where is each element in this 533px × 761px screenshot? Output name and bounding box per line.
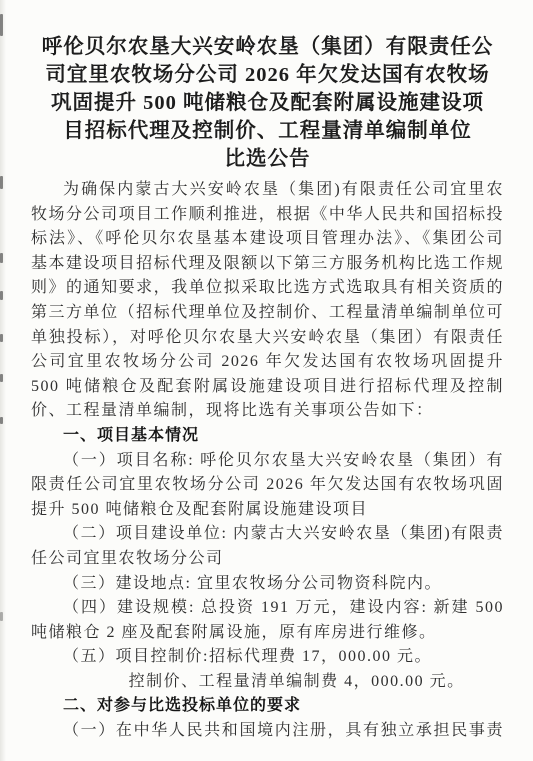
section-heading: 一、项目基本情况 [31,424,504,449]
document-page: 呼伦贝尔农垦大兴安岭农垦（集团）有限责任公司宜里农牧场分公司 2026 年欠发达… [0,0,533,761]
title-line: 司宜里农牧场分公司 2026 年欠发达国有农牧场 [31,61,504,89]
document-title: 呼伦贝尔农垦大兴安岭农垦（集团）有限责任公司宜里农牧场分公司 2026 年欠发达… [31,33,504,173]
paragraph: （一）在中华人民共和国境内注册，具有独立承担民事责 [31,719,504,744]
scan-artifact [0,176,3,189]
section-heading: 二、对参与比选投标单位的要求 [31,694,504,719]
scan-artifact [0,612,3,621]
paragraph: （五）项目控制价:招标代理费 17，000.00 元。 [31,645,504,670]
document-body: 为确保内蒙古大兴安岭农垦（集团)有限责任公司宜里农牧场分公司项目工作顺利推进，根… [31,178,504,744]
paragraph: 为确保内蒙古大兴安岭农垦（集团)有限责任公司宜里农牧场分公司项目工作顺利推进，根… [31,178,504,424]
title-line: 巩固提升 500 吨储粮仓及配套附属设施建设项 [31,89,504,117]
scan-artifact [0,253,3,263]
scan-artifact [0,334,3,342]
paragraph: （三）建设地点: 宜里农牧场分公司物资科院内。 [31,572,504,597]
title-line: 呼伦贝尔农垦大兴安岭农垦（集团）有限责任公 [31,33,504,61]
paragraph: （二）项目建设单位: 内蒙古大兴安岭农垦（集团)有限责任公司宜里农牧场分公司 [31,522,504,571]
scan-artifact [0,417,3,424]
paragraph: （四）建设规模: 总投资 191 万元，建设内容: 新建 500 吨储粮仓 2 … [31,596,504,645]
title-line: 目招标代理及控制价、工程量清单编制单位 [31,117,504,145]
scan-artifact [0,291,3,300]
paragraph: （一）项目名称: 呼伦贝尔农垦大兴安岭农垦（集团）有限责任公司宜里农牧场分公司 … [31,449,504,523]
title-line: 比选公告 [31,145,504,173]
scan-artifact [0,374,3,382]
document-content: 呼伦贝尔农垦大兴安岭农垦（集团）有限责任公司宜里农牧场分公司 2026 年欠发达… [31,33,504,744]
scan-artifact [0,14,3,36]
paragraph: 控制价、工程量清单编制费 4，000.00 元。 [129,670,504,695]
